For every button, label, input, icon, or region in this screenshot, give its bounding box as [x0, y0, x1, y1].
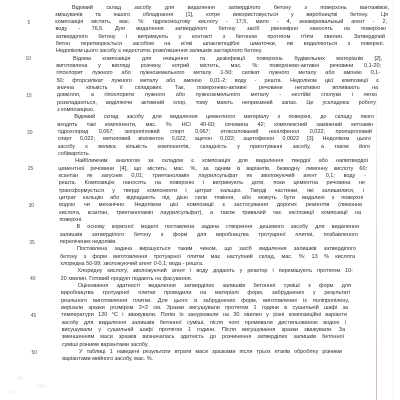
text-line: Відомий склад засобу для видалення цемен…: [57, 114, 374, 121]
scan-speck: [16, 377, 23, 379]
text-line: температури 120 °C і зважували. Потім їх…: [61, 312, 347, 319]
text-row: виробництва тротуарної плитки проводили …: [0, 290, 400, 297]
fold-line-artifact: [376, 0, 377, 400]
text-line: змішувачів та іншого обладнання [1], кот…: [55, 12, 388, 19]
text-line: довкілля, а гіпохлорити лужного або лужн…: [57, 92, 377, 99]
text-line: трансформується у тверді компоненти і ци…: [59, 188, 364, 195]
text-row: виготовлена у вигляді розчину, котрий мі…: [0, 63, 400, 70]
text-row: засобу для видалення залишків бетонної с…: [0, 320, 400, 327]
text-line: Відома композиція для очищення та дезінф…: [56, 56, 382, 63]
text-line: Поставлена задача вирішується таким чино…: [60, 246, 356, 253]
text-line: значна кількість її складових. Так, пове…: [57, 85, 378, 92]
page-edge-shadow: [393, 0, 394, 400]
text-row: Оцінювання здатності видалення затверділ…: [0, 283, 400, 290]
text-line: варіантами мийного засобу, мас. %.: [62, 356, 341, 363]
text-line: суміші різними варіантами засобу.: [62, 342, 343, 349]
text-row: вирізали зразки розміром 2×2 см. Зразки …: [0, 305, 400, 312]
text-row: змішувачів та іншого обладнання [1], кот…: [0, 12, 400, 19]
text-line: вирізали зразки розміром 2×2 см. Зразки …: [61, 305, 348, 312]
text-row: 50У таблиці 1 наведені результати втрати…: [0, 349, 400, 356]
text-row: значна кількість її складових. Так, пове…: [0, 85, 400, 92]
text-row: гіпохлорит лужного або лужноземельного м…: [0, 70, 400, 77]
text-row: собівартість.: [0, 151, 400, 158]
text-line: 50; фторсилікат лужного металу або амоні…: [57, 78, 380, 85]
text-line: висушували у сушильній шафі протягом 1 г…: [62, 327, 345, 334]
text-row: ксантан як загусник 0,01; триетаноламін …: [0, 173, 400, 180]
text-line: хлоридна 50-99; зволожуючий агент 0-0,1;…: [60, 261, 354, 268]
text-line: ксантан як загусник 0,01; триетаноламін …: [58, 173, 366, 180]
text-row: Найближчим аналогом за складом є компози…: [0, 158, 400, 165]
text-row: суміші різними варіантами засобу.: [0, 342, 400, 349]
text-block: Відомий склад засобу для видалення затве…: [0, 0, 400, 400]
scan-speck: [36, 385, 47, 387]
text-line: поверхні.: [59, 217, 360, 224]
text-line: розкладаються, виділяючи активний хлор, …: [57, 100, 376, 107]
text-row: реального виготовлення плитки. Для цього…: [0, 298, 400, 305]
text-line: композиція містить, мас. %: гідроксиоцто…: [55, 19, 387, 26]
text-line: гідрохлорид 0,067; ізопропіловий спирт 0…: [58, 129, 372, 136]
text-line: Хлоридну кислоту, зволожуючий агент і во…: [60, 268, 353, 275]
text-line: В основу корисної моделі поставлена зада…: [60, 224, 360, 231]
text-line: У таблиці 1 наведені результати втрати м…: [62, 349, 342, 356]
text-row: поверхні.: [0, 217, 400, 224]
text-line: цитрат кальцію або відпадають під дією с…: [59, 195, 363, 202]
text-line: зменшенням маси зразків визначалась здат…: [62, 334, 344, 341]
text-row: розкладаються, виділяючи активний хлор, …: [0, 100, 400, 107]
text-row: 5композиція містить, мас. %: гідроксиоцт…: [0, 19, 400, 26]
text-line: кислота, ксантан, триетаноламін лаурилсу…: [59, 210, 361, 217]
text-line: водою чи механічно. Недоліком цієї компо…: [59, 202, 362, 209]
text-line: Оцінювання здатності видалення затверділ…: [61, 283, 351, 290]
text-line: спирт 0,022; метиловий вінілкетон 0,022;…: [58, 136, 371, 143]
scanned-page: Відомий склад засобу для видалення затве…: [0, 0, 400, 400]
text-line: собівартість.: [58, 151, 369, 158]
text-row: 30водою чи механічно. Недоліком цієї ком…: [0, 202, 400, 209]
text-row: висушували у сушильній шафі протягом 1 г…: [0, 327, 400, 334]
text-row: 25цементної речовини [4], що містить, ма…: [0, 166, 400, 173]
text-row: Хлоридну кислоту, зволожуючий агент і во…: [0, 268, 400, 275]
text-row: зменшенням маси зразків визначалась здат…: [0, 334, 400, 341]
text-row: засобу є велика кількість компонентів, с…: [0, 144, 400, 151]
text-line: бетон перетворюється засобом на м'які шп…: [56, 41, 384, 48]
text-row: 50; фторсилікат лужного металу або амоні…: [0, 78, 400, 85]
text-row: варіантами мийного засобу, мас. %.: [0, 356, 400, 363]
text-line: решта. Композицію наносять на поверхню і…: [59, 180, 365, 187]
text-row: хлоридна 50-99; зволожуючий агент 0-0,1;…: [0, 261, 400, 268]
text-line: затверділого бетону і витримують у конта…: [56, 34, 385, 41]
text-line: гіпохлорит лужного або лужноземельного м…: [56, 70, 380, 77]
text-row: бетону з форм виготовлення тротуарної пл…: [0, 254, 400, 261]
text-row: 10Відома композиція для очищення та дезі…: [0, 56, 400, 63]
text-row: решта. Композицію наносять на поверхню і…: [0, 180, 400, 187]
text-line: бетону з форм виготовлення тротуарної пл…: [60, 254, 355, 261]
text-row: цитрат кальцію або відпадають під дією с…: [0, 195, 400, 202]
text-line: Недоліком цього засобу є недостатнє розм…: [56, 48, 383, 55]
text-row: В основу корисної моделі поставлена зада…: [0, 224, 400, 231]
text-row: воду - 76,5. Для видалення затверділого …: [0, 26, 400, 33]
text-row: з композицією.: [0, 107, 400, 114]
text-row: бетон перетворюється засобом на м'які шп…: [0, 41, 400, 48]
text-row: спирт 0,022; метиловий вінілкетон 0,022;…: [0, 136, 400, 143]
text-line: воду - 76,5. Для видалення затверділого …: [55, 26, 386, 33]
text-line: засобу для видалення залишків бетонної с…: [61, 320, 346, 327]
scan-speck: [11, 391, 16, 393]
text-line: виготовлена у вигляді розчину, котрий мі…: [56, 63, 381, 70]
text-row: 15довкілля, а гіпохлорити лужного або лу…: [0, 92, 400, 99]
text-row: Недоліком цього засобу є недостатнє розм…: [0, 48, 400, 55]
text-row: Відомий склад засобу для видалення затве…: [0, 5, 400, 12]
text-line: з композицією.: [57, 107, 375, 114]
text-row: 20гідрохлорид 0,067; ізопропіловий спирт…: [0, 129, 400, 136]
text-line: Найближчим аналогом за складом є компози…: [58, 158, 368, 165]
text-row: Поставлена задача вирішується таким чино…: [0, 246, 400, 253]
text-row: трансформується у тверді компоненти і ци…: [0, 188, 400, 195]
text-line: реального виготовлення плитки. Для цього…: [61, 298, 349, 305]
text-row: входять такі компоненти, мас. %: НСl 40-…: [0, 122, 400, 129]
text-row: 35перелічених недоліків.: [0, 239, 400, 246]
text-line: виробництва тротуарної плитки проводили …: [61, 290, 350, 297]
text-line: перелічених недоліків.: [60, 239, 357, 246]
text-line: засобу є велика кількість компонентів, с…: [58, 144, 370, 151]
text-row: залишків затверділого бетону з форм для …: [0, 232, 400, 239]
text-row: 4020 хвилин. Готовий продукт подають на …: [0, 276, 400, 283]
text-line: входять такі компоненти, мас. %: НСl 40-…: [57, 122, 373, 129]
text-line: залишків затверділого бетону з форм для …: [60, 232, 358, 239]
text-row: Відомий склад засобу для видалення цемен…: [0, 114, 400, 121]
text-line: цементної речовини [4], що містить, мас.…: [58, 166, 367, 173]
text-line: 20 хвилин. Готовий продукт подають на фа…: [61, 276, 352, 283]
text-row: 45температури 120 °C і зважували. Потім …: [0, 312, 400, 319]
text-row: кислота, ксантан, триетаноламін лаурилсу…: [0, 210, 400, 217]
text-row: затверділого бетону і витримують у конта…: [0, 34, 400, 41]
text-line: Відомий склад засобу для видалення затве…: [55, 5, 389, 12]
